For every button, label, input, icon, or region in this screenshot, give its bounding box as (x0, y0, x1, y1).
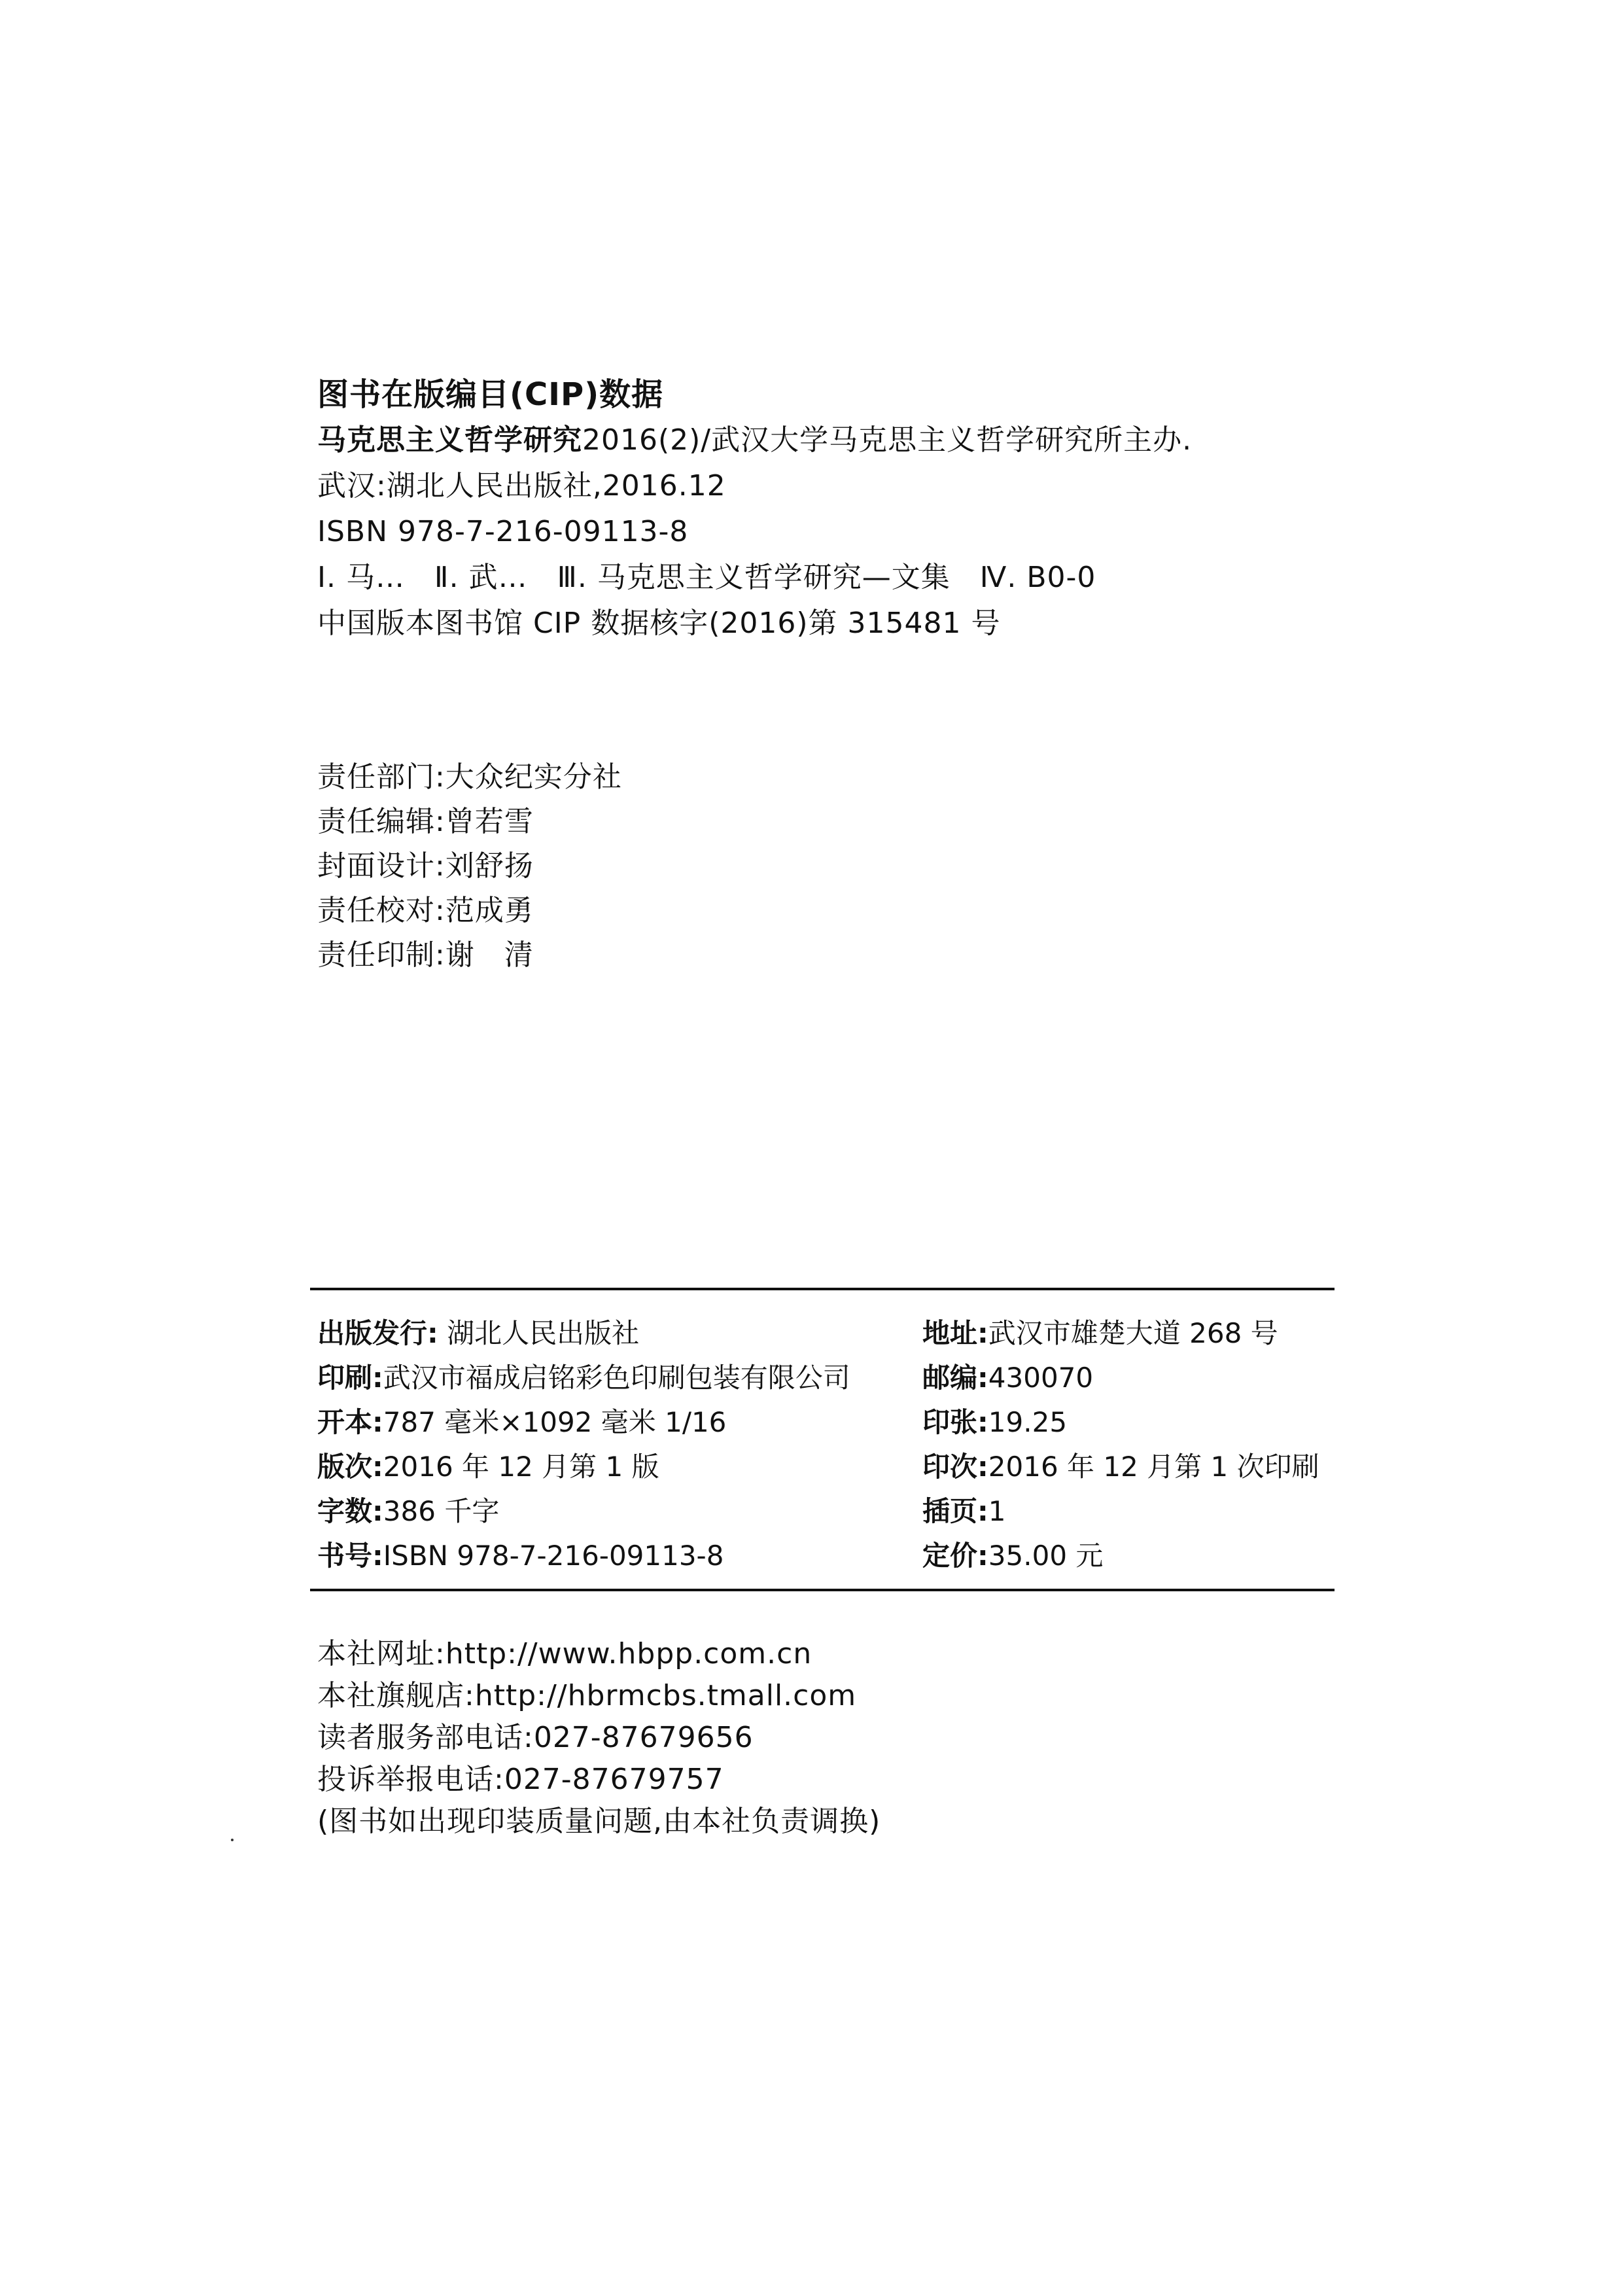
staff-row: 责任印制:谢 清 (317, 937, 534, 974)
pub-label: 字数: (317, 1495, 383, 1527)
contact-store: 本社旗舰店:http://hbrmcbs.tmall.com (317, 1678, 856, 1714)
staff-label: 封面设计 (317, 849, 435, 883)
pub-value: 35.00 元 (988, 1540, 1104, 1572)
staff-value: 曾若雪 (445, 805, 534, 838)
pub-value: 386 千字 (383, 1495, 500, 1527)
staff-label: 责任校对 (317, 894, 435, 927)
cip-title-rest: 2016(2)/武汉大学马克思主义哲学研究所主办. (582, 423, 1192, 457)
pub-info-left-row: 印刷:武汉市福成启铭彩色印刷包装有限公司 (317, 1360, 850, 1396)
contact-complaint: 投诉举报电话:027-87679757 (317, 1761, 724, 1798)
staff-label: 责任编辑 (317, 805, 435, 838)
pub-value: 2016 年 12 月第 1 次印刷 (988, 1451, 1319, 1483)
staff-label: 责任部门 (317, 760, 435, 794)
quality-note: (图书如出现印装质量问题,由本社负责调换) (317, 1803, 881, 1840)
pub-label: 印张: (922, 1406, 988, 1438)
staff-value: 范成勇 (445, 894, 534, 927)
pub-value: 武汉市福成启铭彩色印刷包装有限公司 (383, 1362, 850, 1394)
pub-label: 版次: (317, 1451, 383, 1483)
staff-value: 大众纪实分社 (445, 760, 622, 794)
pub-info-right-row: 印张:19.25 (922, 1404, 1067, 1441)
top-rule (310, 1288, 1335, 1290)
pub-info-left-row: 字数:386 千字 (317, 1493, 499, 1530)
staff-row: 责任编辑:曾若雪 (317, 804, 534, 840)
staff-row: 封面设计:刘舒扬 (317, 848, 534, 885)
staff-value: 谢 清 (445, 938, 534, 972)
pub-value: 1 (988, 1495, 1006, 1527)
staff-row: 责任校对:范成勇 (317, 892, 534, 929)
pub-label: 印次: (922, 1451, 988, 1483)
staff-row: 责任部门:大众纪实分社 (317, 759, 622, 796)
cip-record-line: 中国版本图书馆 CIP 数据核字(2016)第 315481 号 (317, 605, 1000, 642)
pub-info-right-row: 定价:35.00 元 (922, 1538, 1103, 1574)
pub-label: 印刷: (317, 1362, 383, 1394)
cip-heading: 图书在版编目(CIP)数据 (317, 376, 663, 413)
cip-publisher-line: 武汉:湖北人民出版社,2016.12 (317, 468, 726, 504)
pub-info-left-row: 开本:787 毫米×1092 毫米 1/16 (317, 1404, 726, 1441)
pub-label: 开本: (317, 1406, 383, 1438)
pub-label: 插页: (922, 1495, 988, 1527)
pub-info-left-row: 版次:2016 年 12 月第 1 版 (317, 1449, 659, 1485)
contact-website: 本社网址:http://www.hbpp.com.cn (317, 1636, 812, 1672)
pub-info-right-row: 地址:武汉市雄楚大道 268 号 (922, 1315, 1278, 1352)
pub-label: 书号: (317, 1540, 383, 1572)
staff-value: 刘舒扬 (445, 849, 534, 883)
pub-label: 邮编: (922, 1362, 988, 1394)
cip-title-bold: 马克思主义哲学研究 (317, 423, 582, 457)
cip-classification-line: Ⅰ. 马… Ⅱ. 武… Ⅲ. 马克思主义哲学研究—文集 Ⅳ. B0-0 (317, 559, 1096, 596)
pub-info-left-row: 出版发行: 湖北人民出版社 (317, 1315, 639, 1352)
pub-value: 武汉市雄楚大道 268 号 (988, 1317, 1278, 1349)
cip-title-line: 马克思主义哲学研究2016(2)/武汉大学马克思主义哲学研究所主办. (317, 422, 1192, 459)
bottom-rule (310, 1589, 1335, 1591)
pub-value: 430070 (988, 1362, 1093, 1394)
pub-label: 定价: (922, 1540, 988, 1572)
pub-info-right-row: 邮编:430070 (922, 1360, 1093, 1396)
pub-value: 湖北人民出版社 (438, 1317, 639, 1349)
pub-info-right-row: 印次:2016 年 12 月第 1 次印刷 (922, 1449, 1319, 1485)
pub-value: 2016 年 12 月第 1 版 (383, 1451, 659, 1483)
pub-value: 19.25 (988, 1406, 1067, 1438)
pub-label: 出版发行: (317, 1317, 438, 1349)
staff-label: 责任印制 (317, 938, 435, 972)
pub-info-left-row: 书号:ISBN 978-7-216-09113-8 (317, 1538, 724, 1574)
pub-value: 787 毫米×1092 毫米 1/16 (383, 1406, 727, 1438)
pub-value: ISBN 978-7-216-09113-8 (383, 1540, 724, 1572)
pub-label: 地址: (922, 1317, 988, 1349)
contact-reader-service: 读者服务部电话:027-87679656 (317, 1720, 754, 1756)
cip-isbn-line: ISBN 978-7-216-09113-8 (317, 514, 688, 550)
scan-speck (231, 1839, 234, 1841)
pub-info-right-row: 插页:1 (922, 1493, 1006, 1530)
